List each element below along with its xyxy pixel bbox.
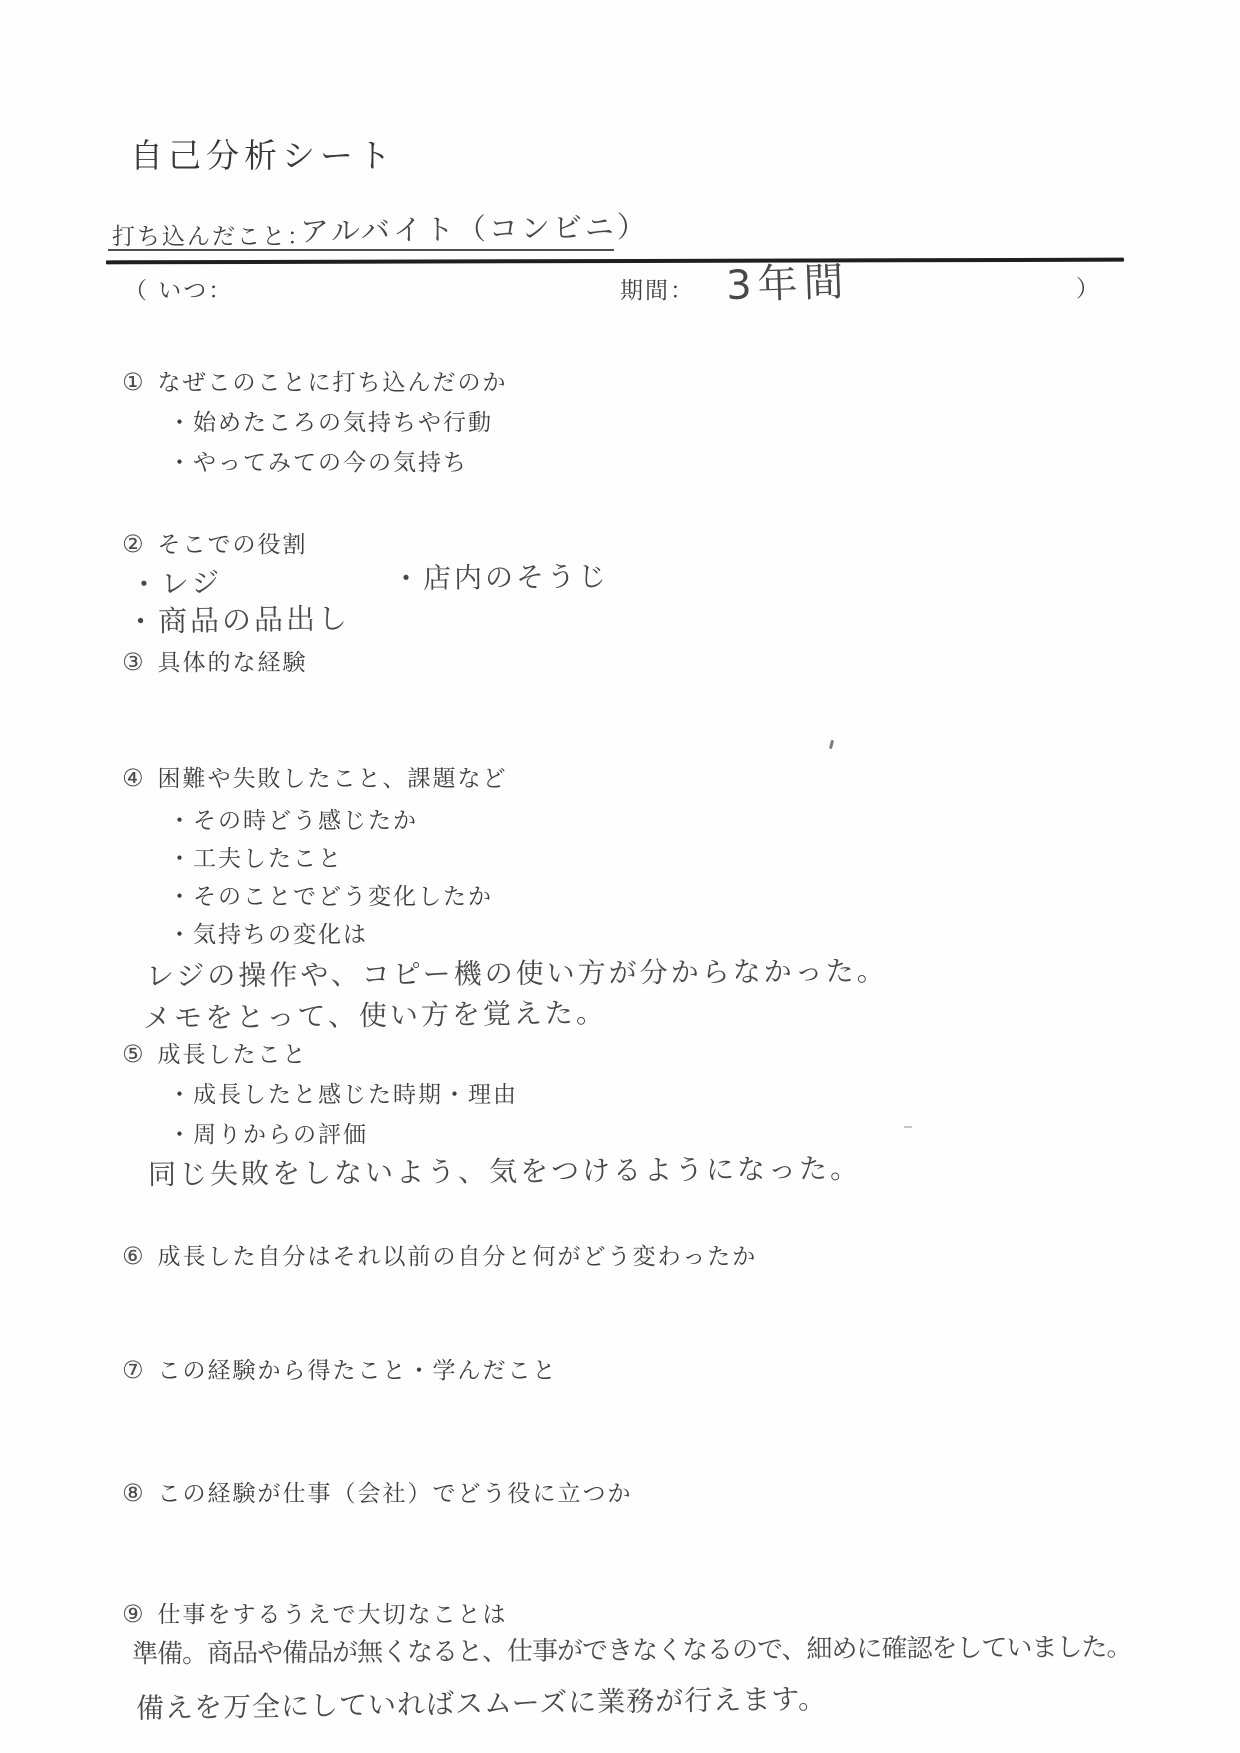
section-4-number: ④ [122,764,144,792]
section-9-number: ⑨ [122,1600,144,1628]
section-2-title: そこでの役割 [158,532,308,558]
section-2-answer-register: ・レジ [129,561,222,603]
section-4-answer-line-1: レジの操作や、コピー機の使い方が分からなかった。 [146,949,888,994]
section-4-heading: ④困難や失敗したこと、課題など [122,760,508,793]
header-divider-rule [106,258,1124,265]
section-4-answer-line-2: メモをとって、使い方を覚えた。 [143,991,607,1037]
section-7-title: この経験から得たこと・学んだこと [158,1358,558,1384]
section-9-answer-line-1: 準備。商品や備品が無くなると、仕事ができなくなるので、細めに確認をしていました。 [132,1627,1132,1671]
close-paren: ） [1076,270,1101,303]
section-9-heading: ⑨仕事をするうえで大切なことは [122,1596,508,1629]
section-9-answer-line-2: 備えを万全にしていればスムーズに業務が行えます。 [136,1677,827,1727]
section-5-answer-line-1: 同じ失敗をしないよう、気をつけるようになった。 [148,1147,861,1193]
section-2-answer-stocking: ・商品の品出し [126,596,351,641]
section-1-bullet-2: ・やってみての今の気持ち [168,444,468,477]
section-2-answer-cleaning: ・店内のそうじ [392,555,609,597]
period-label: 期間： [620,272,695,305]
self-analysis-sheet: 自己分析シート 打ち込んだこと： アルバイト（コンビニ） （ いつ： 期間： 3… [0,0,1240,1753]
page-title: 自己分析シート [130,130,396,177]
section-3-title: 具体的な経験 [158,650,308,676]
section-5-number: ⑤ [122,1040,144,1068]
section-1-bullet-1: ・始めたころの気持ちや行動 [168,404,493,437]
section-2-heading: ②そこでの役割 [122,526,308,559]
section-2-number: ② [122,530,144,558]
section-8-heading: ⑧この経験が仕事（会社）でどう役に立つか [122,1475,633,1508]
section-3-heading: ③具体的な経験 [122,644,308,677]
topic-value-handwritten: アルバイト（コンビニ） [300,205,649,251]
scan-artifact-dash [904,1126,912,1128]
section-6-heading: ⑥成長した自分はそれ以前の自分と何がどう変わったか [122,1238,757,1271]
section-5-heading: ⑤成長したこと [122,1036,308,1069]
section-4-bullet-3: ・そのことでどう変化したか [168,878,493,911]
section-4-bullet-1: ・その時どう感じたか [168,802,418,835]
section-8-title: この経験が仕事（会社）でどう役に立つか [158,1481,633,1507]
section-1-heading: ①なぜこのことに打ち込んだのか [122,364,508,397]
period-value-handwritten: 3年間 [725,250,850,311]
section-5-bullet-1: ・成長したと感じた時期・理由 [168,1076,518,1109]
section-4-bullet-4: ・気持ちの変化は [168,916,368,949]
section-5-bullet-2: ・周りからの評価 [168,1116,368,1149]
section-8-number: ⑧ [122,1479,144,1507]
section-9-title: 仕事をするうえで大切なことは [158,1602,508,1628]
section-7-heading: ⑦この経験から得たこと・学んだこと [122,1352,558,1385]
section-4-title: 困難や失敗したこと、課題など [158,766,508,792]
topic-label: 打ち込んだこと： [112,218,312,251]
section-5-title: 成長したこと [158,1042,308,1068]
section-6-title: 成長した自分はそれ以前の自分と何がどう変わったか [158,1244,758,1270]
section-3-number: ③ [122,648,144,676]
when-label: （ いつ： [124,272,233,305]
topic-underline [108,249,614,251]
section-1-number: ① [122,368,144,396]
section-6-number: ⑥ [122,1242,144,1270]
section-4-bullet-2: ・工夫したこと [168,840,343,873]
section-7-number: ⑦ [122,1356,144,1384]
section-1-title: なぜこのことに打ち込んだのか [158,370,508,396]
scan-artifact-mark [829,740,834,749]
